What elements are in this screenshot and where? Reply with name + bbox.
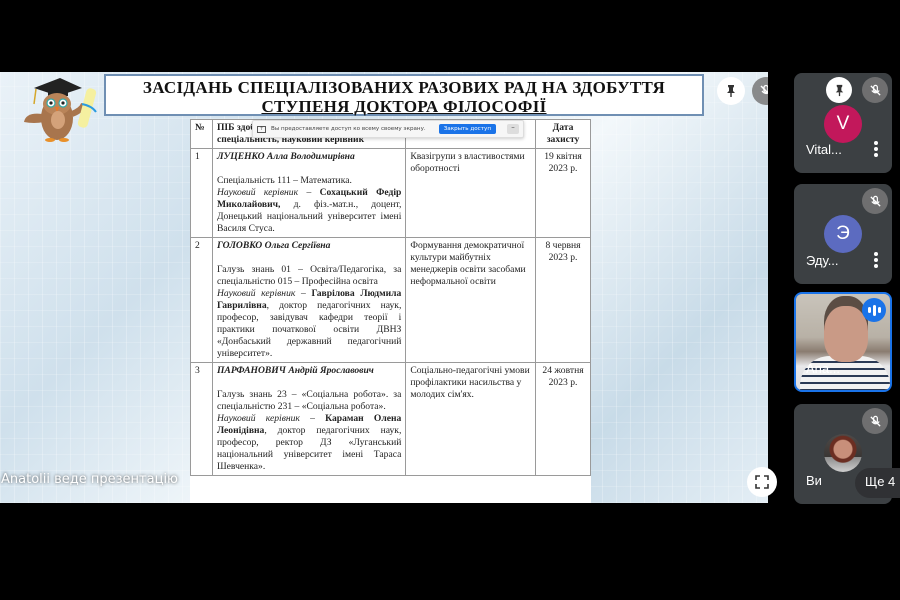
participant-face xyxy=(824,306,868,362)
advisor-label: Науковий керівник xyxy=(217,413,300,424)
presenter-label: Anatolii веде презентацію xyxy=(1,472,178,487)
participant-name: Эду... xyxy=(806,253,839,268)
candidate-name: ПАРФАНОВИЧ Андрій Ярославович xyxy=(217,365,401,377)
row-topic: Квазігрупи з властивостями оборотності xyxy=(406,149,536,238)
row-date: 8 червня 2023 р. xyxy=(536,238,591,363)
mic-muted-indicator xyxy=(862,188,888,214)
row-candidate: ГОЛОВКО Ольга Сергіївна Галузь знань 01 … xyxy=(212,238,405,363)
participant-tile[interactable]: V Vital... xyxy=(794,73,892,173)
slide-title-line1: ЗАСІДАНЬ СПЕЦІАЛІЗОВАНИХ РАЗОВИХ РАД НА … xyxy=(106,78,702,97)
fullscreen-button[interactable] xyxy=(747,467,777,497)
speaking-indicator-icon xyxy=(862,298,886,322)
self-avatar-photo xyxy=(824,434,862,472)
defense-schedule-table: № ПІБ здобувача, Галузь знань, спеціальн… xyxy=(190,119,591,503)
participant-tile[interactable]: Э Эду... xyxy=(794,184,892,284)
pin-icon xyxy=(724,84,738,98)
more-options-button[interactable] xyxy=(874,141,878,157)
participant-video-tile[interactable]: Ana... xyxy=(794,292,892,392)
share-message: Вы предоставляете доступ ко всему своему… xyxy=(271,126,426,132)
mic-off-icon xyxy=(869,84,882,97)
slide-title: ЗАСІДАНЬ СПЕЦІАЛІЗОВАНИХ РАЗОВИХ РАД НА … xyxy=(104,74,704,116)
participant-name: Ви xyxy=(806,473,822,488)
fullscreen-icon xyxy=(755,475,769,489)
table-row: 2 ГОЛОВКО Ольга Сергіївна Галузь знань 0… xyxy=(191,238,591,363)
row-date: 24 жовтня 2023 р. xyxy=(536,363,591,476)
slide-title-line2: СТУПЕНЯ ДОКТОРА ФІЛОСОФІЇ xyxy=(106,97,702,116)
minimize-bar-button[interactable]: – xyxy=(507,124,519,134)
participant-name: Vital... xyxy=(806,142,842,157)
row-date: 19 квітня 2023 р. xyxy=(536,149,591,238)
mic-muted-indicator xyxy=(862,408,888,434)
header-date: Дата захисту xyxy=(536,120,591,149)
share-screen-icon: ↑ xyxy=(257,126,266,133)
presentation-mic-muted-indicator xyxy=(752,77,768,105)
screen-share-notification: ↑ Вы предоставляете доступ ко всему свое… xyxy=(252,120,524,138)
avatar: V xyxy=(824,105,862,143)
table-row: 3 ПАРФАНОВИЧ Андрій Ярославович Галузь з… xyxy=(191,363,591,476)
header-num: № xyxy=(191,120,213,149)
row-num: 2 xyxy=(191,238,213,363)
pin-presentation-button[interactable] xyxy=(717,77,745,105)
table-row: 1 ЛУЦЕНКО Алла Володимирівна Спеціальніс… xyxy=(191,149,591,238)
mic-muted-indicator xyxy=(862,77,888,103)
candidate-field: Галузь знань 01 – Освіта/Педагогіка, за … xyxy=(217,264,401,287)
more-participants-button[interactable]: Ще 4 xyxy=(855,468,900,498)
pin-icon xyxy=(833,84,846,97)
row-num: 3 xyxy=(191,363,213,476)
owl-mascot-image xyxy=(12,74,102,148)
avatar: Э xyxy=(824,215,862,253)
participant-name: Ana... xyxy=(806,361,840,376)
mic-off-icon xyxy=(759,84,768,98)
stop-sharing-button[interactable]: Закрыть доступ xyxy=(439,124,496,134)
advisor-label: Науковий керівник xyxy=(217,288,295,299)
candidate-field: Спеціальність 111 – Математика. xyxy=(217,175,352,186)
mic-off-icon xyxy=(869,195,882,208)
candidate-name: ГОЛОВКО Ольга Сергіївна xyxy=(217,240,401,252)
row-topic: Формування демократичної культури майбут… xyxy=(406,238,536,363)
pin-participant-button[interactable] xyxy=(826,77,852,103)
row-topic: Соціально-педагогічні умови профілактики… xyxy=(406,363,536,476)
more-options-button[interactable] xyxy=(874,252,878,268)
candidate-name: ЛУЦЕНКО Алла Володимирівна xyxy=(217,151,401,163)
mic-off-icon xyxy=(869,415,882,428)
row-num: 1 xyxy=(191,149,213,238)
advisor-label: Науковий керівник xyxy=(217,187,298,198)
row-candidate: ЛУЦЕНКО Алла Володимирівна Спеціальність… xyxy=(212,149,405,238)
row-candidate: ПАРФАНОВИЧ Андрій Ярославович Галузь зна… xyxy=(212,363,405,476)
candidate-field: Галузь знань 23 – «Соціальна робота». за… xyxy=(217,389,401,412)
